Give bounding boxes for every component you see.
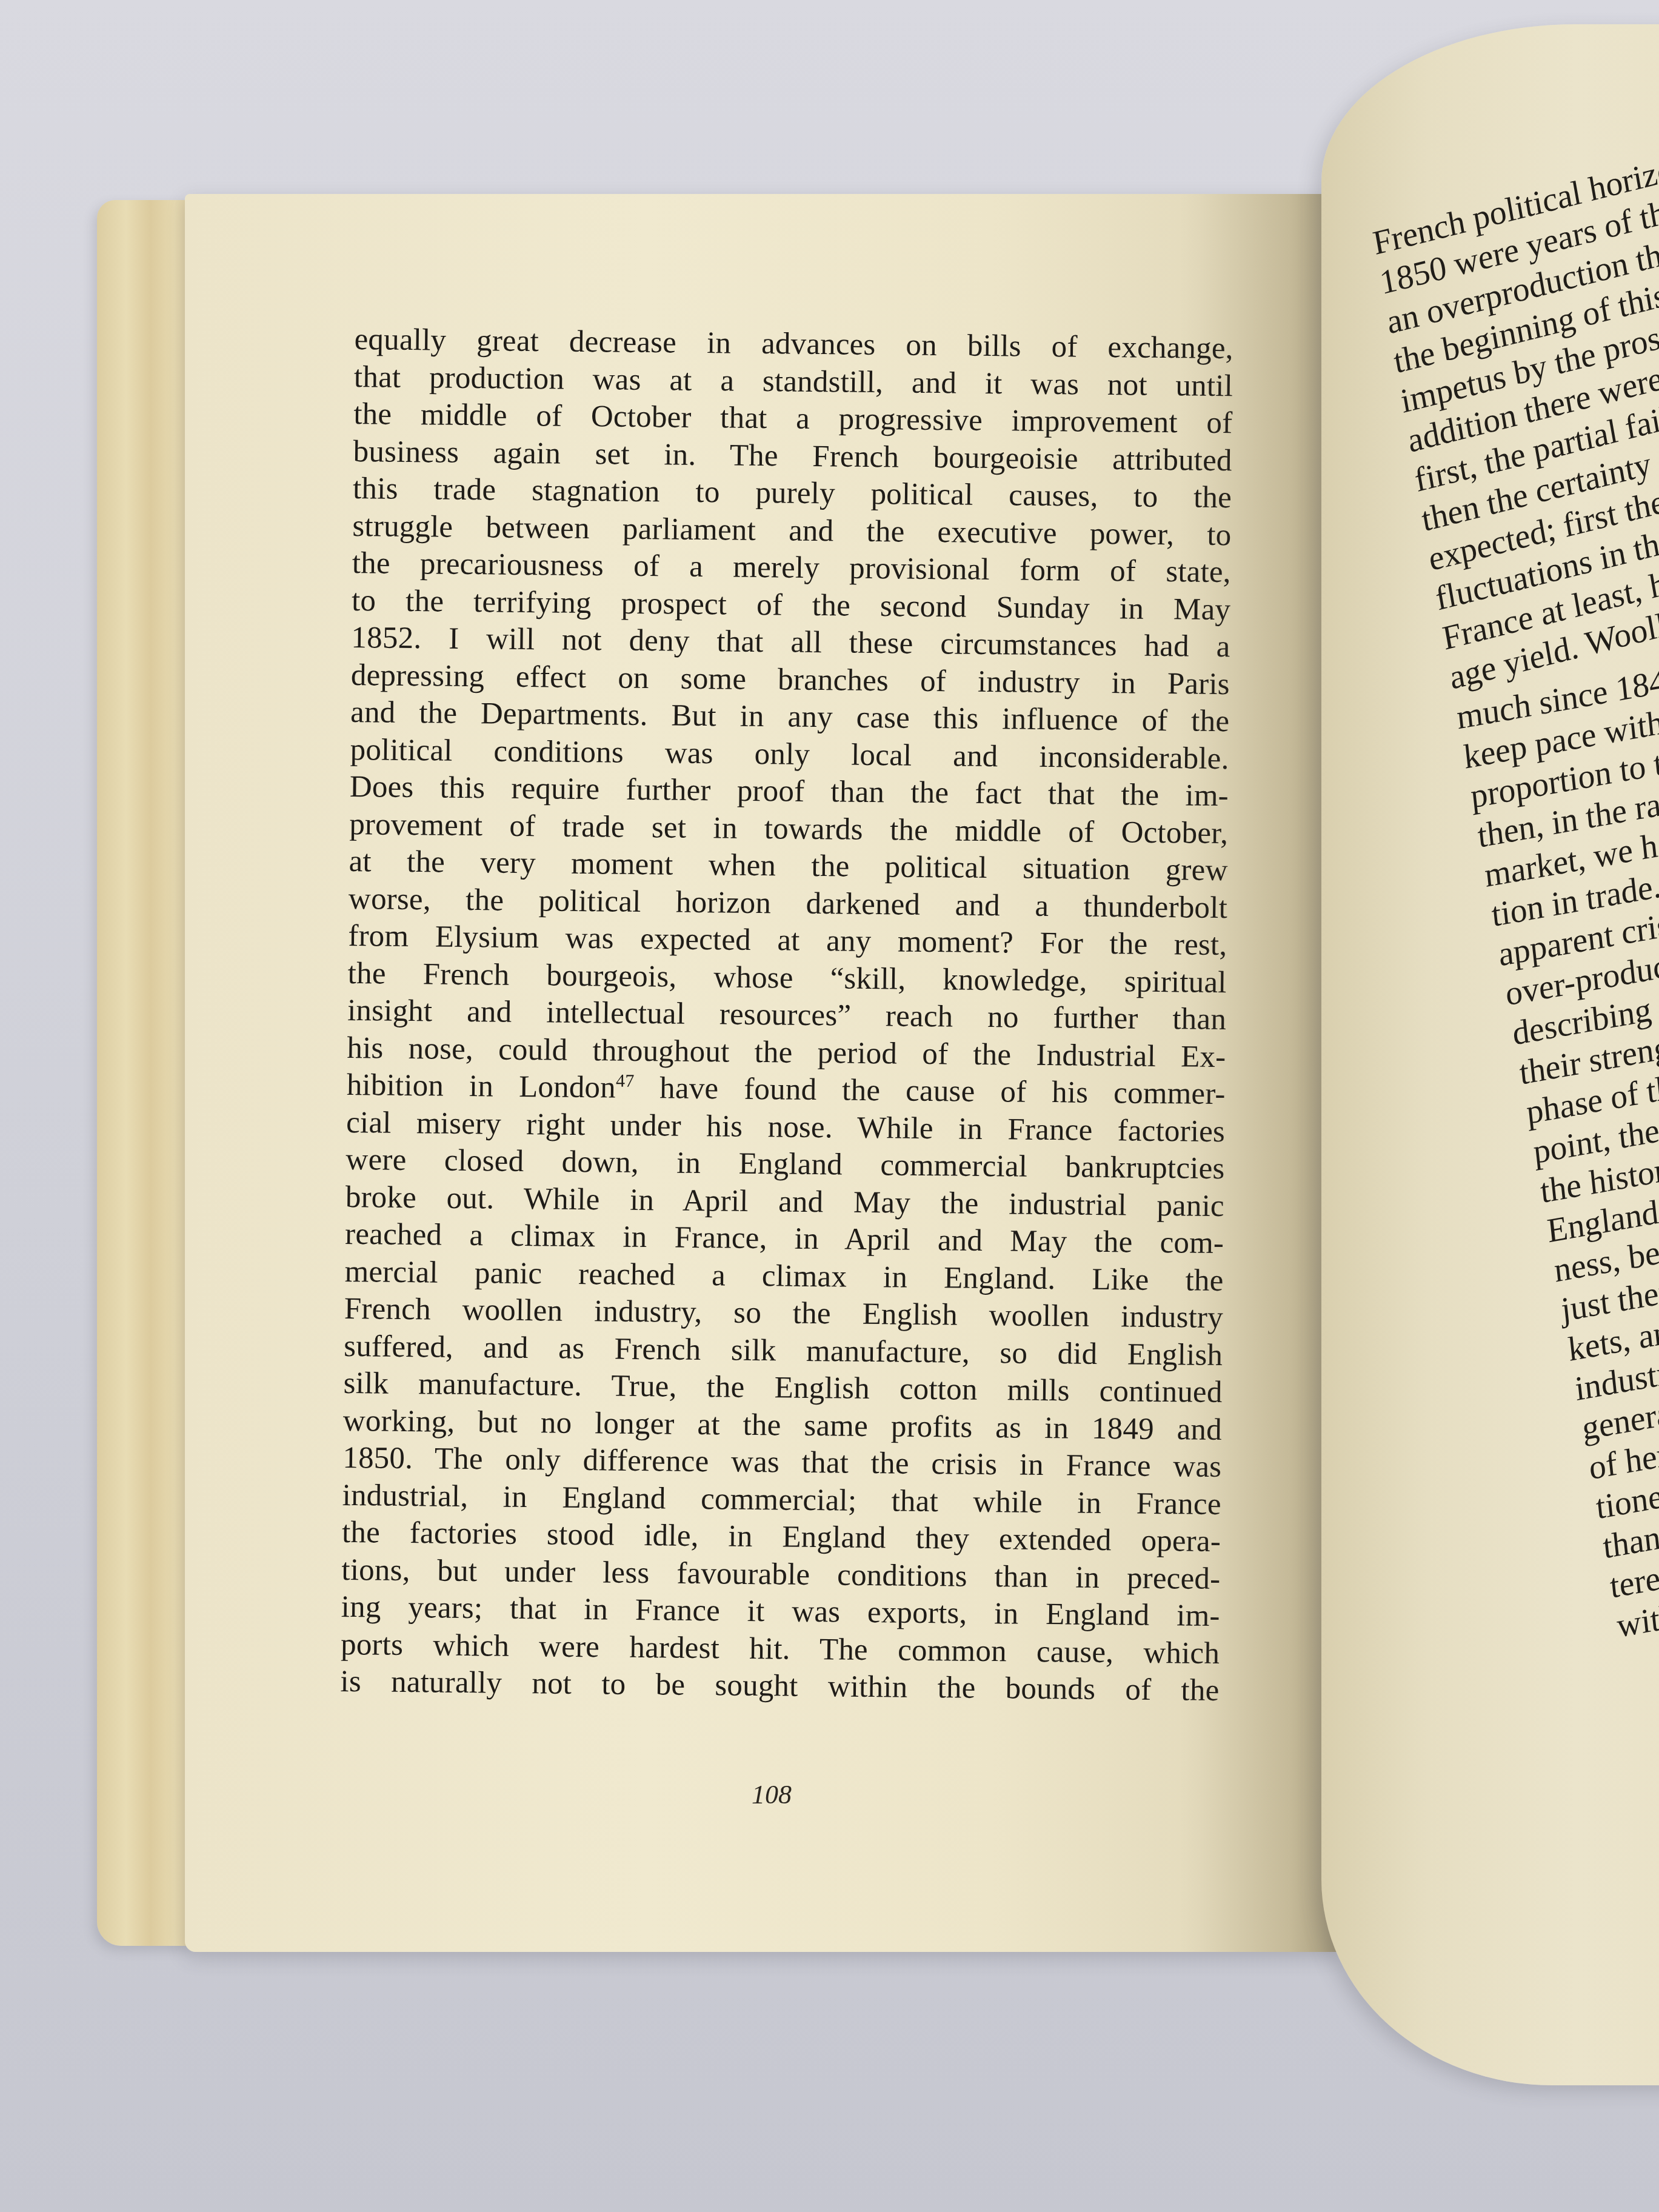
left-page: equally great decrease in advances on bi… bbox=[185, 194, 1337, 1952]
page-number: 108 bbox=[752, 1779, 792, 1810]
right-page-text: French political horizon, 1850 were year… bbox=[1370, 92, 1659, 1646]
text-fragment: hibition in London bbox=[347, 1068, 616, 1105]
text-fragment: have found the cause of his commer- bbox=[634, 1071, 1226, 1111]
right-page: French political horizon, 1850 were year… bbox=[1321, 24, 1659, 2085]
page-edge-stack bbox=[97, 200, 194, 1946]
left-page-text: equally great decrease in advances on bi… bbox=[340, 321, 1233, 1710]
footnote-reference[interactable]: 47 bbox=[616, 1071, 635, 1091]
